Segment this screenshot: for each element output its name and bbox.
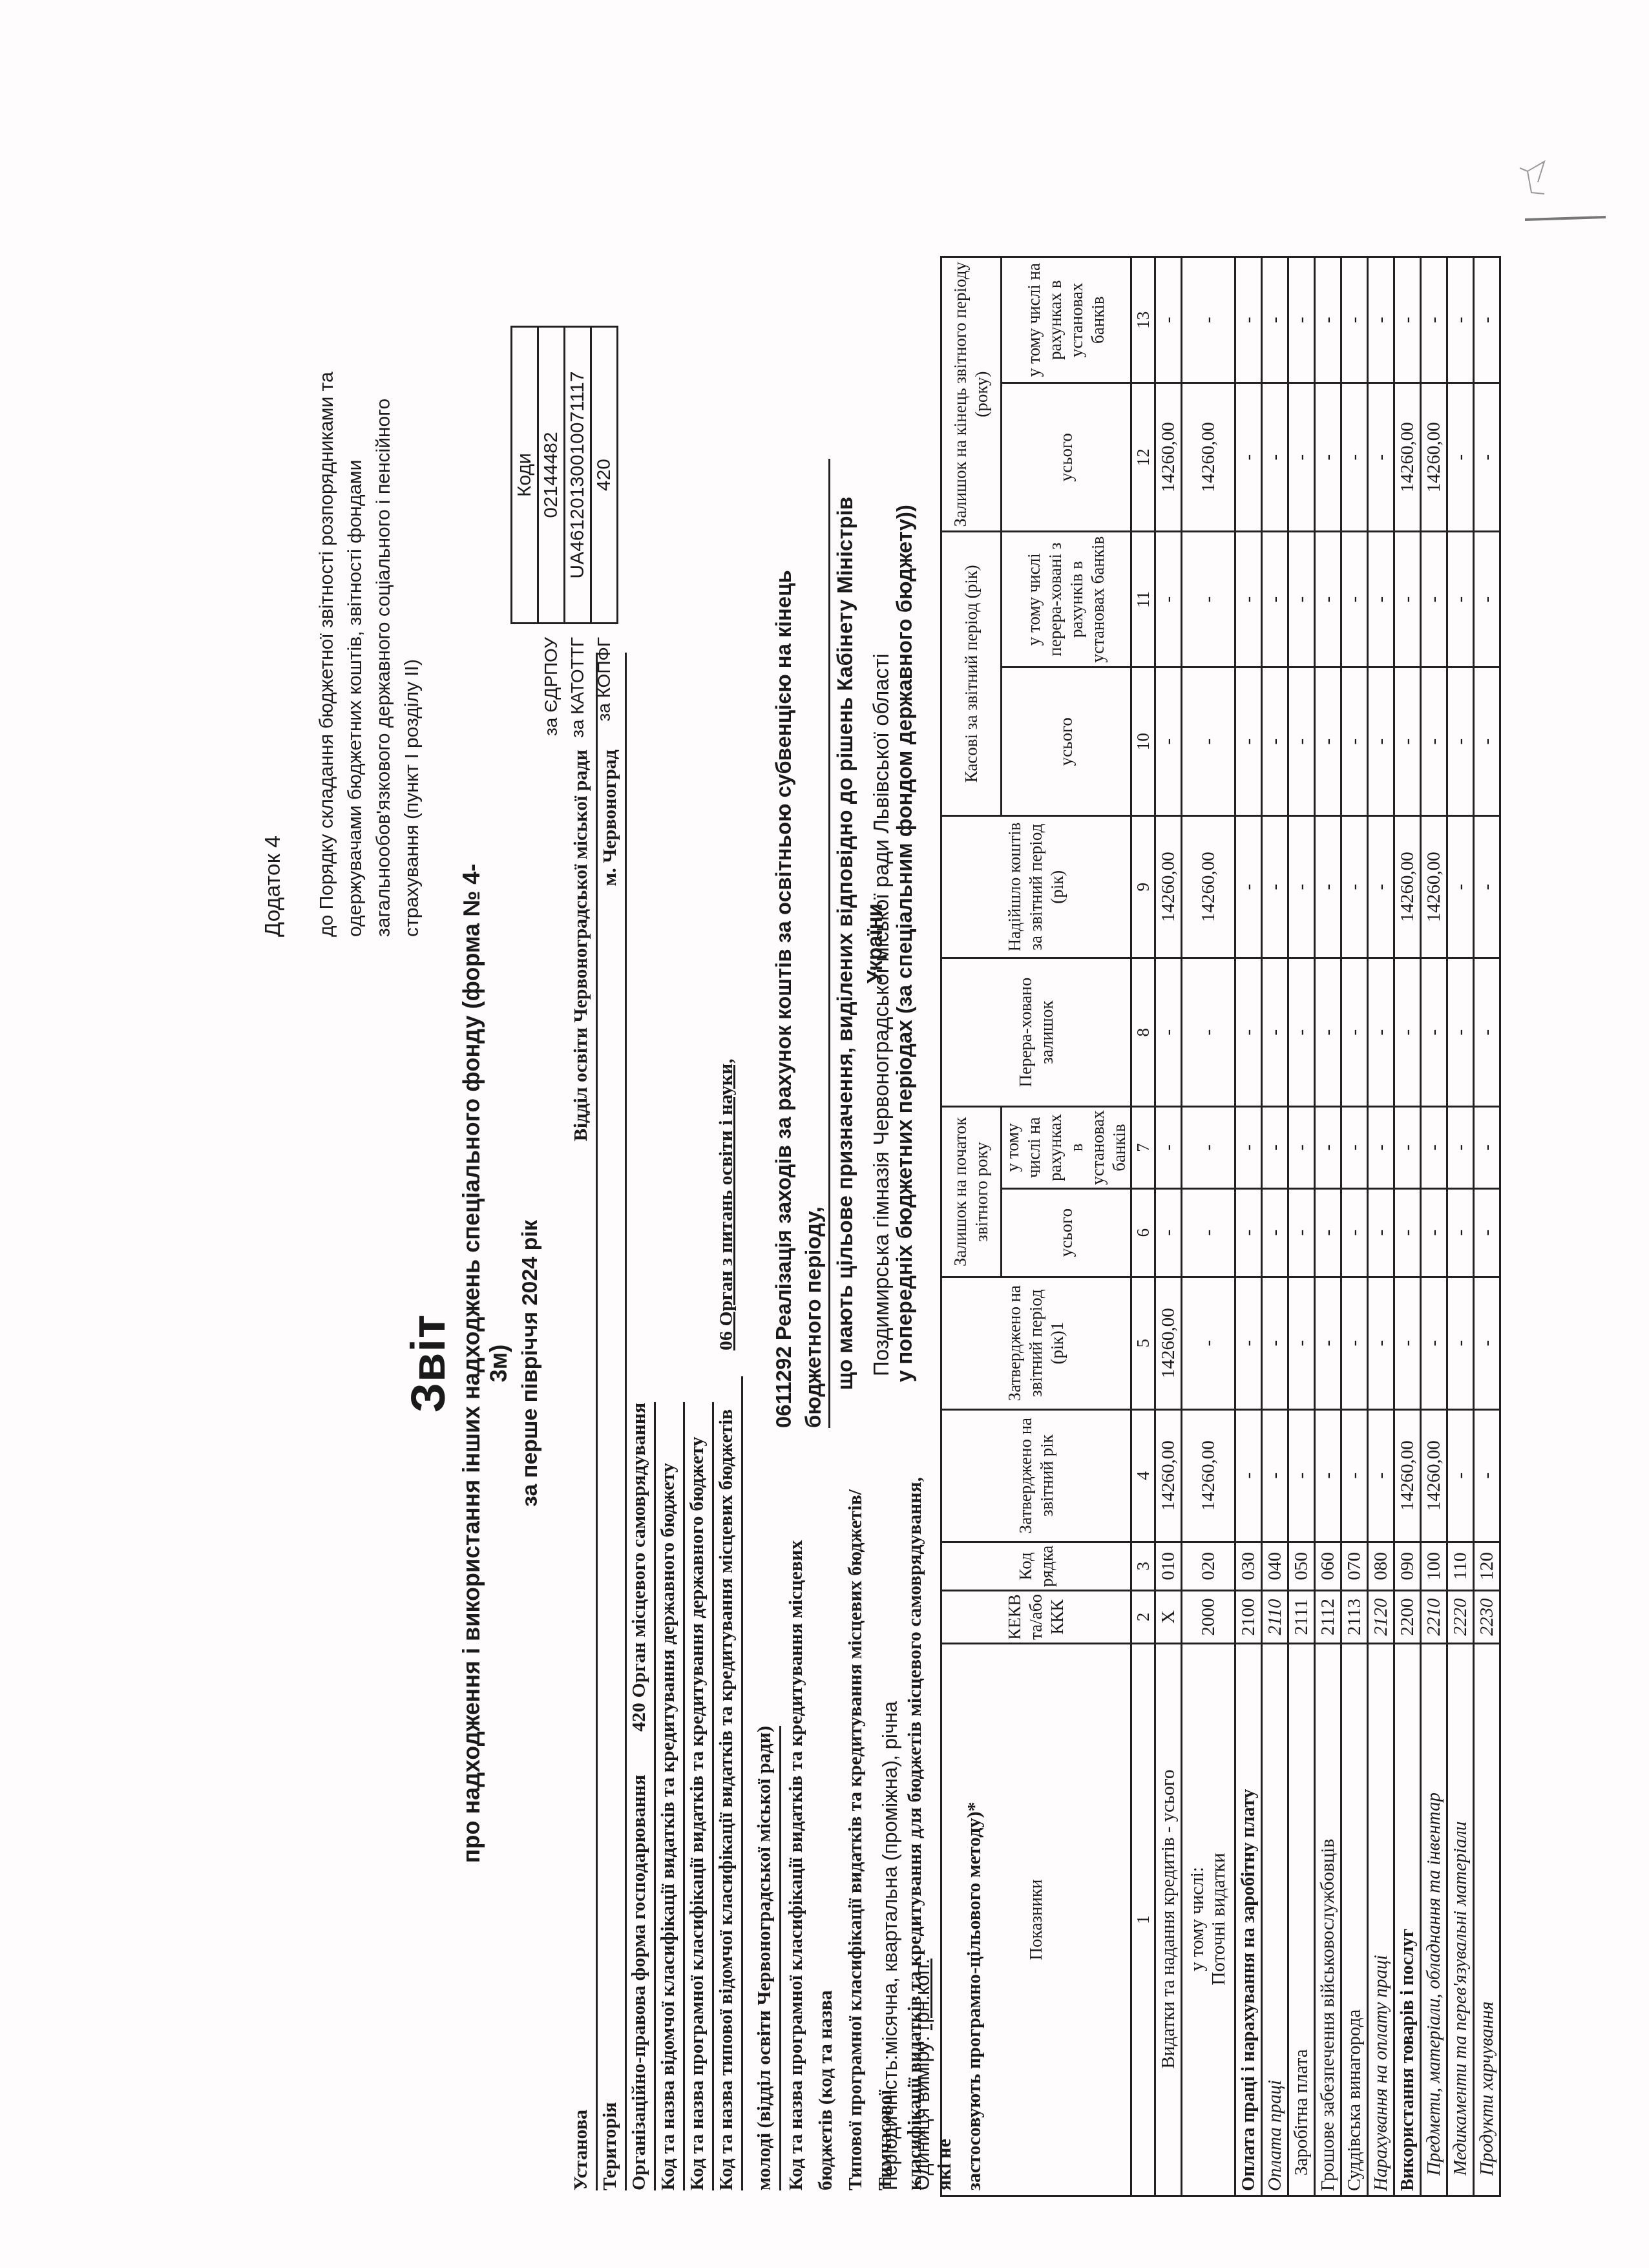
row-kekv: 2112 xyxy=(1315,1591,1341,1644)
row-value-c6: - xyxy=(1474,1188,1500,1277)
row-indicator: Видатки та надання кредитів - усього xyxy=(1155,1644,1182,2196)
row-value-c10: - xyxy=(1262,667,1288,816)
row-value-c10: - xyxy=(1315,667,1341,816)
info-row-institution: Установа Відділ освіти Червоноградської … xyxy=(569,653,598,2190)
row-value-c11: - xyxy=(1182,532,1235,667)
row-value-c7: - xyxy=(1394,1107,1421,1188)
row-value-c6: - xyxy=(1182,1188,1235,1277)
appendix-line: одержувачами бюджетних коштів, звітності… xyxy=(341,291,370,937)
row-indicator: Заробітна плата xyxy=(1288,1644,1315,2196)
row-value-c12: 14260,00 xyxy=(1421,383,1447,532)
row-kekv: 2113 xyxy=(1341,1591,1368,1644)
row-value-c8: - xyxy=(1447,958,1474,1107)
row-kekv: 2200 xyxy=(1394,1591,1421,1644)
row-value-c4: 14260,00 xyxy=(1394,1409,1421,1542)
col-balance-start-total: усього xyxy=(1002,1188,1131,1277)
row-value-c6: - xyxy=(1262,1188,1288,1277)
table-row: Предмети, матеріали, обладнання та інвен… xyxy=(1421,257,1447,2196)
row-value-c6: - xyxy=(1155,1188,1182,1277)
dept-local-label: Код та назва типової відомчої класифікац… xyxy=(714,1409,739,2190)
appendix-title: Додаток 4 xyxy=(258,291,287,937)
table-row: Медикаменти та перев'язувальні матеріали… xyxy=(1447,257,1474,2196)
row-value-c7: - xyxy=(1182,1107,1235,1188)
row-value-c13: - xyxy=(1368,257,1394,383)
col-balance-end-total: усього xyxy=(1002,383,1131,532)
row-value-c8: - xyxy=(1341,958,1368,1107)
info-row-territory: Територія м. Червоноград xyxy=(598,653,627,2190)
row-value-c5: - xyxy=(1288,1277,1315,1409)
row-value-c5: 14260,00 xyxy=(1155,1277,1182,1409)
column-number: 3 xyxy=(1131,1542,1155,1590)
row-value-c8: - xyxy=(1474,958,1500,1107)
row-value-c7: - xyxy=(1368,1107,1394,1188)
column-number: 9 xyxy=(1131,816,1155,958)
row-value-c4: - xyxy=(1368,1409,1394,1542)
row-value-c13: - xyxy=(1447,257,1474,383)
table-row: Заробітна плата2111050---------- xyxy=(1288,257,1315,2196)
column-number: 13 xyxy=(1131,257,1155,383)
row-value-c13: - xyxy=(1235,257,1262,383)
info-row-legal-form: Організаційно-правова форма господарюван… xyxy=(627,1402,656,2190)
row-value-c11: - xyxy=(1368,532,1394,667)
col-kekv: КЕКВ та/або ККК xyxy=(941,1591,1131,1644)
row-value-c8: - xyxy=(1421,958,1447,1107)
row-indicator: Оплата праці і нарахування на заробітну … xyxy=(1235,1644,1262,2196)
table-row: Продукти харчування2230120---------- xyxy=(1474,257,1500,2196)
dept-local-continued: молоді (відділ освіти Червоноградської м… xyxy=(750,1726,781,2190)
row-value-c11: - xyxy=(1262,532,1288,667)
row-value-c9: 14260,00 xyxy=(1182,816,1235,958)
row-indicator-line: у тому числі: xyxy=(1187,1647,1208,2191)
col-balance-end-banks: у тому числі на рахунках в установах бан… xyxy=(1002,257,1131,383)
row-value-c5: - xyxy=(1315,1277,1341,1409)
row-value-c12: - xyxy=(1368,383,1394,532)
row-value-c4: 14260,00 xyxy=(1155,1409,1182,1542)
column-number: 1 xyxy=(1131,1644,1155,2196)
row-value-c11: - xyxy=(1447,532,1474,667)
report-title-block: Звіт про надходження і використання інши… xyxy=(401,846,543,1880)
row-value-c7: - xyxy=(1341,1107,1368,1188)
row-value-c8: - xyxy=(1262,958,1288,1107)
row-value-c12: 14260,00 xyxy=(1182,383,1235,532)
row-value-c8: - xyxy=(1182,958,1235,1107)
row-value-c11: - xyxy=(1315,532,1341,667)
row-value-c8: - xyxy=(1394,958,1421,1107)
row-value-c13: - xyxy=(1315,257,1341,383)
row-value-c10: - xyxy=(1288,667,1315,816)
code-label-edrpou: за ЄДРПОУ xyxy=(538,624,565,743)
appendix-line: до Порядку складання бюджетної звітності… xyxy=(313,291,341,937)
dept-state-label: Код та назва відомчої класифікації видат… xyxy=(656,1463,680,2190)
row-value-c6: - xyxy=(1394,1188,1421,1277)
column-number: 11 xyxy=(1131,532,1155,667)
row-indicator: Суддівська винагорода xyxy=(1341,1644,1368,2196)
row-value-c5: - xyxy=(1262,1277,1288,1409)
row-value-c6: - xyxy=(1288,1188,1315,1277)
school-name: Поздимирська гімназія Червоноградської м… xyxy=(869,653,894,1376)
table-row: Оплата праці і нарахування на заробітну … xyxy=(1235,257,1262,2196)
col-balance-end: Залишок на кінець звітного періоду (року… xyxy=(941,257,1002,532)
col-indicators: Показники xyxy=(941,1644,1131,2196)
row-code: 030 xyxy=(1235,1542,1262,1590)
row-indicator-line: Поточні видатки xyxy=(1208,1647,1230,2191)
unit-value: грн.коп. xyxy=(911,1958,934,2030)
report-info: Установа Відділ освіти Червоноградської … xyxy=(569,653,743,2190)
column-number: 2 xyxy=(1131,1591,1155,1644)
row-kekv: 2220 xyxy=(1447,1591,1474,1644)
col-balance-start-banks: у тому числі на рахунках в установах бан… xyxy=(1002,1107,1131,1188)
row-kekv: 2000 xyxy=(1182,1591,1235,1644)
col-cash-banks: у тому числі перера-ховані з рахунків в … xyxy=(1002,532,1131,667)
col-row-code: Код рядка xyxy=(941,1542,1131,1590)
column-number: 8 xyxy=(1131,958,1155,1107)
table-row: Видатки та надання кредитів - усьогоX010… xyxy=(1155,257,1182,2196)
info-row-program-state: Код та назва програмної класифікації вид… xyxy=(685,1402,714,2190)
col-balance-start: Залишок на початок звітного року xyxy=(941,1107,1002,1277)
row-value-c4: - xyxy=(1341,1409,1368,1542)
row-value-c6: - xyxy=(1315,1188,1341,1277)
row-value-c8: - xyxy=(1368,958,1394,1107)
row-value-c8: - xyxy=(1155,958,1182,1107)
row-value-c6: - xyxy=(1447,1188,1474,1277)
row-value-c11: - xyxy=(1341,532,1368,667)
row-kekv: 2210 xyxy=(1421,1591,1447,1644)
row-value-c13: - xyxy=(1288,257,1315,383)
row-value-c4: - xyxy=(1474,1409,1500,1542)
row-value-c7: - xyxy=(1155,1107,1182,1188)
row-value-c5: - xyxy=(1235,1277,1262,1409)
row-value-c12: 14260,00 xyxy=(1394,383,1421,532)
row-indicator: Нарахування на оплату праці xyxy=(1368,1644,1394,2196)
handwritten-mark-icon xyxy=(1518,155,1609,233)
table-row: Нарахування на оплату праці2120080------… xyxy=(1368,257,1394,2196)
row-value-c13: - xyxy=(1262,257,1288,383)
info-row-dept-local: Код та назва типової відомчої класифікац… xyxy=(714,1376,743,2190)
row-value-c11: - xyxy=(1421,532,1447,667)
row-value-c7: - xyxy=(1474,1107,1500,1188)
report-subtitle: про надходження і використання інших над… xyxy=(458,846,512,1880)
code-value-katottg: UA46120130010071117 xyxy=(565,327,591,624)
row-value-c5: - xyxy=(1421,1277,1447,1409)
row-indicator: у тому числі:Поточні видатки xyxy=(1182,1644,1235,2196)
row-value-c10: - xyxy=(1394,667,1421,816)
row-indicator: Грошове забезпечення військовослужбовців xyxy=(1315,1644,1341,2196)
row-value-c9: - xyxy=(1447,816,1474,958)
col-received: Надійшло коштів за звітний період (рік) xyxy=(941,816,1131,958)
col-approved-year: Затверджено на звітний рік xyxy=(941,1409,1131,1542)
row-value-c9: 14260,00 xyxy=(1155,816,1182,958)
row-value-c4: 14260,00 xyxy=(1182,1409,1235,1542)
row-value-c7: - xyxy=(1421,1107,1447,1188)
row-value-c9: - xyxy=(1474,816,1500,958)
row-value-c13: - xyxy=(1421,257,1447,383)
row-value-c5: - xyxy=(1474,1277,1500,1409)
row-code: 040 xyxy=(1262,1542,1288,1590)
unit-of-measure: Одиниця виміру: грн.коп. xyxy=(911,1958,934,2190)
row-value-c6: - xyxy=(1341,1188,1368,1277)
territory-value: м. Червоноград xyxy=(598,750,622,886)
info-row-dept-state: Код та назва відомчої класифікації видат… xyxy=(656,1402,685,2190)
report-period: за перше півріччя 2024 рік xyxy=(518,846,543,1880)
table-row: Суддівська винагорода2113070---------- xyxy=(1341,257,1368,2196)
row-kekv: 2230 xyxy=(1474,1591,1500,1644)
row-value-c12: - xyxy=(1262,383,1288,532)
row-value-c5: - xyxy=(1368,1277,1394,1409)
row-value-c11: - xyxy=(1474,532,1500,667)
row-value-c9: - xyxy=(1262,816,1288,958)
col-cash: Касові за звітний період (рік) xyxy=(941,532,1002,816)
row-indicator: Предмети, матеріали, обладнання та інвен… xyxy=(1421,1644,1447,2196)
col-cash-total: усього xyxy=(1002,667,1131,816)
column-number: 10 xyxy=(1131,667,1155,816)
row-value-c5: - xyxy=(1447,1277,1474,1409)
row-value-c9: - xyxy=(1288,816,1315,958)
row-value-c12: - xyxy=(1235,383,1262,532)
column-number: 12 xyxy=(1131,383,1155,532)
row-value-c6: - xyxy=(1235,1188,1262,1277)
row-value-c11: - xyxy=(1394,532,1421,667)
row-value-c4: 14260,00 xyxy=(1421,1409,1447,1542)
column-number: 4 xyxy=(1131,1409,1155,1542)
row-value-c13: - xyxy=(1394,257,1421,383)
unit-label: Одиниця виміру: xyxy=(911,2036,934,2190)
column-number-row: 12345678910111213 xyxy=(1131,257,1155,2196)
program-value-line: у попередніх бюджетних періодах (за спец… xyxy=(890,459,919,1428)
col-transferred: Перера-ховано залишок xyxy=(941,958,1131,1107)
row-value-c9: - xyxy=(1341,816,1368,958)
row-value-c9: 14260,00 xyxy=(1394,816,1421,958)
row-value-c13: - xyxy=(1182,257,1235,383)
row-value-c7: - xyxy=(1262,1107,1288,1188)
institution-label: Установа xyxy=(569,2110,593,2190)
row-value-c11: - xyxy=(1155,532,1182,667)
row-value-c10: - xyxy=(1182,667,1235,816)
code-value-edrpou: 02144482 xyxy=(538,327,565,624)
column-number: 6 xyxy=(1131,1188,1155,1277)
row-value-c5: - xyxy=(1394,1277,1421,1409)
codes-header: Коди xyxy=(512,327,538,624)
row-value-c10: - xyxy=(1368,667,1394,816)
dept-local-value: 06 Орган з питань освіти і науки, xyxy=(714,1058,739,1350)
periodicity: Періодичність:місячна, квартальна (промі… xyxy=(879,1701,902,2190)
legal-form-value: 420 Орган місцевого самоврядування xyxy=(627,1403,651,1732)
row-value-c12: - xyxy=(1315,383,1341,532)
row-value-c10: - xyxy=(1447,667,1474,816)
appendix-line: страхування (пункт I розділу II) xyxy=(398,291,426,937)
row-value-c6: - xyxy=(1368,1188,1394,1277)
row-code: 070 xyxy=(1341,1542,1368,1590)
report-table: Показники КЕКВ та/або ККК Код рядка Затв… xyxy=(940,256,1501,2197)
row-value-c9: 14260,00 xyxy=(1421,816,1447,958)
table-row: Грошове забезпечення військовослужбовців… xyxy=(1315,257,1341,2196)
row-code: 060 xyxy=(1315,1542,1341,1590)
row-value-c4: - xyxy=(1235,1409,1262,1542)
row-code: 090 xyxy=(1394,1542,1421,1590)
row-value-c12: 14260,00 xyxy=(1155,383,1182,532)
row-value-c7: - xyxy=(1235,1107,1262,1188)
row-value-c12: - xyxy=(1474,383,1500,532)
row-code: 110 xyxy=(1447,1542,1474,1590)
row-value-c8: - xyxy=(1235,958,1262,1107)
program-local-value: 0611292 Реалізація заходів за рахунок ко… xyxy=(769,459,919,1428)
row-value-c7: - xyxy=(1447,1107,1474,1188)
row-code: 020 xyxy=(1182,1542,1235,1590)
row-value-c9: - xyxy=(1368,816,1394,958)
row-indicator: Використання товарів і послуг xyxy=(1394,1644,1421,2196)
territory-label: Територія xyxy=(598,2102,622,2190)
row-value-c4: - xyxy=(1288,1409,1315,1542)
row-value-c7: - xyxy=(1288,1107,1315,1188)
row-value-c4: - xyxy=(1447,1409,1474,1542)
appendix-line: загальнообов'язкового державного соціаль… xyxy=(370,291,398,937)
program-state-label: Код та назва програмної класифікації вид… xyxy=(685,1436,709,2190)
row-value-c10: - xyxy=(1421,667,1447,816)
row-value-c12: - xyxy=(1447,383,1474,532)
row-value-c8: - xyxy=(1288,958,1315,1107)
row-value-c13: - xyxy=(1341,257,1368,383)
table-row: Оплата праці2110040---------- xyxy=(1262,257,1288,2196)
row-value-c10: - xyxy=(1155,667,1182,816)
program-value-line: 0611292 Реалізація заходів за рахунок ко… xyxy=(769,459,830,1428)
code-value-kopfg: 420 xyxy=(591,327,618,624)
row-value-c6: - xyxy=(1421,1188,1447,1277)
column-number: 5 xyxy=(1131,1277,1155,1409)
report-sheet: Додаток 4 до Порядку складання бюджетної… xyxy=(0,0,1649,2268)
row-value-c5: - xyxy=(1182,1277,1235,1409)
row-value-c7: - xyxy=(1315,1107,1341,1188)
row-code: 100 xyxy=(1421,1542,1447,1590)
table-row: Використання товарів і послуг22000901426… xyxy=(1394,257,1421,2196)
row-value-c5: - xyxy=(1341,1277,1368,1409)
row-value-c10: - xyxy=(1235,667,1262,816)
col-approved-period: Затверджено на звітний період (рік)1 xyxy=(941,1277,1131,1409)
row-indicator: Оплата праці xyxy=(1262,1644,1288,2196)
row-value-c12: - xyxy=(1288,383,1315,532)
row-kekv: X xyxy=(1155,1591,1182,1644)
row-kekv: 2120 xyxy=(1368,1591,1394,1644)
row-code: 120 xyxy=(1474,1542,1500,1590)
row-value-c4: - xyxy=(1315,1409,1341,1542)
program-local-label: Код та назва програмної класифікації вид… xyxy=(781,1467,841,2190)
row-value-c10: - xyxy=(1474,667,1500,816)
row-code: 010 xyxy=(1155,1542,1182,1590)
row-value-c10: - xyxy=(1341,667,1368,816)
column-number: 7 xyxy=(1131,1107,1155,1188)
row-code: 080 xyxy=(1368,1542,1394,1590)
row-value-c11: - xyxy=(1288,532,1315,667)
row-kekv: 2111 xyxy=(1288,1591,1315,1644)
row-value-c8: - xyxy=(1315,958,1341,1107)
report-title: Звіт xyxy=(401,846,456,1880)
row-value-c9: - xyxy=(1235,816,1262,958)
row-value-c13: - xyxy=(1474,257,1500,383)
row-code: 050 xyxy=(1288,1542,1315,1590)
legal-form-label: Організаційно-правова форма господарюван… xyxy=(627,1774,651,2190)
institution-value: Відділ освіти Червоноградської міської р… xyxy=(569,750,593,1141)
row-value-c12: - xyxy=(1341,383,1368,532)
row-indicator: Медикаменти та перев'язувальні матеріали xyxy=(1447,1644,1474,2196)
row-value-c13: - xyxy=(1155,257,1182,383)
row-value-c11: - xyxy=(1235,532,1262,667)
table-row: у тому числі:Поточні видатки200002014260… xyxy=(1182,257,1235,2196)
row-value-c4: - xyxy=(1262,1409,1288,1542)
row-kekv: 2110 xyxy=(1262,1591,1288,1644)
appendix-note: Додаток 4 до Порядку складання бюджетної… xyxy=(258,291,426,937)
row-kekv: 2100 xyxy=(1235,1591,1262,1644)
row-indicator: Продукти харчування xyxy=(1474,1644,1500,2196)
row-value-c9: - xyxy=(1315,816,1341,958)
